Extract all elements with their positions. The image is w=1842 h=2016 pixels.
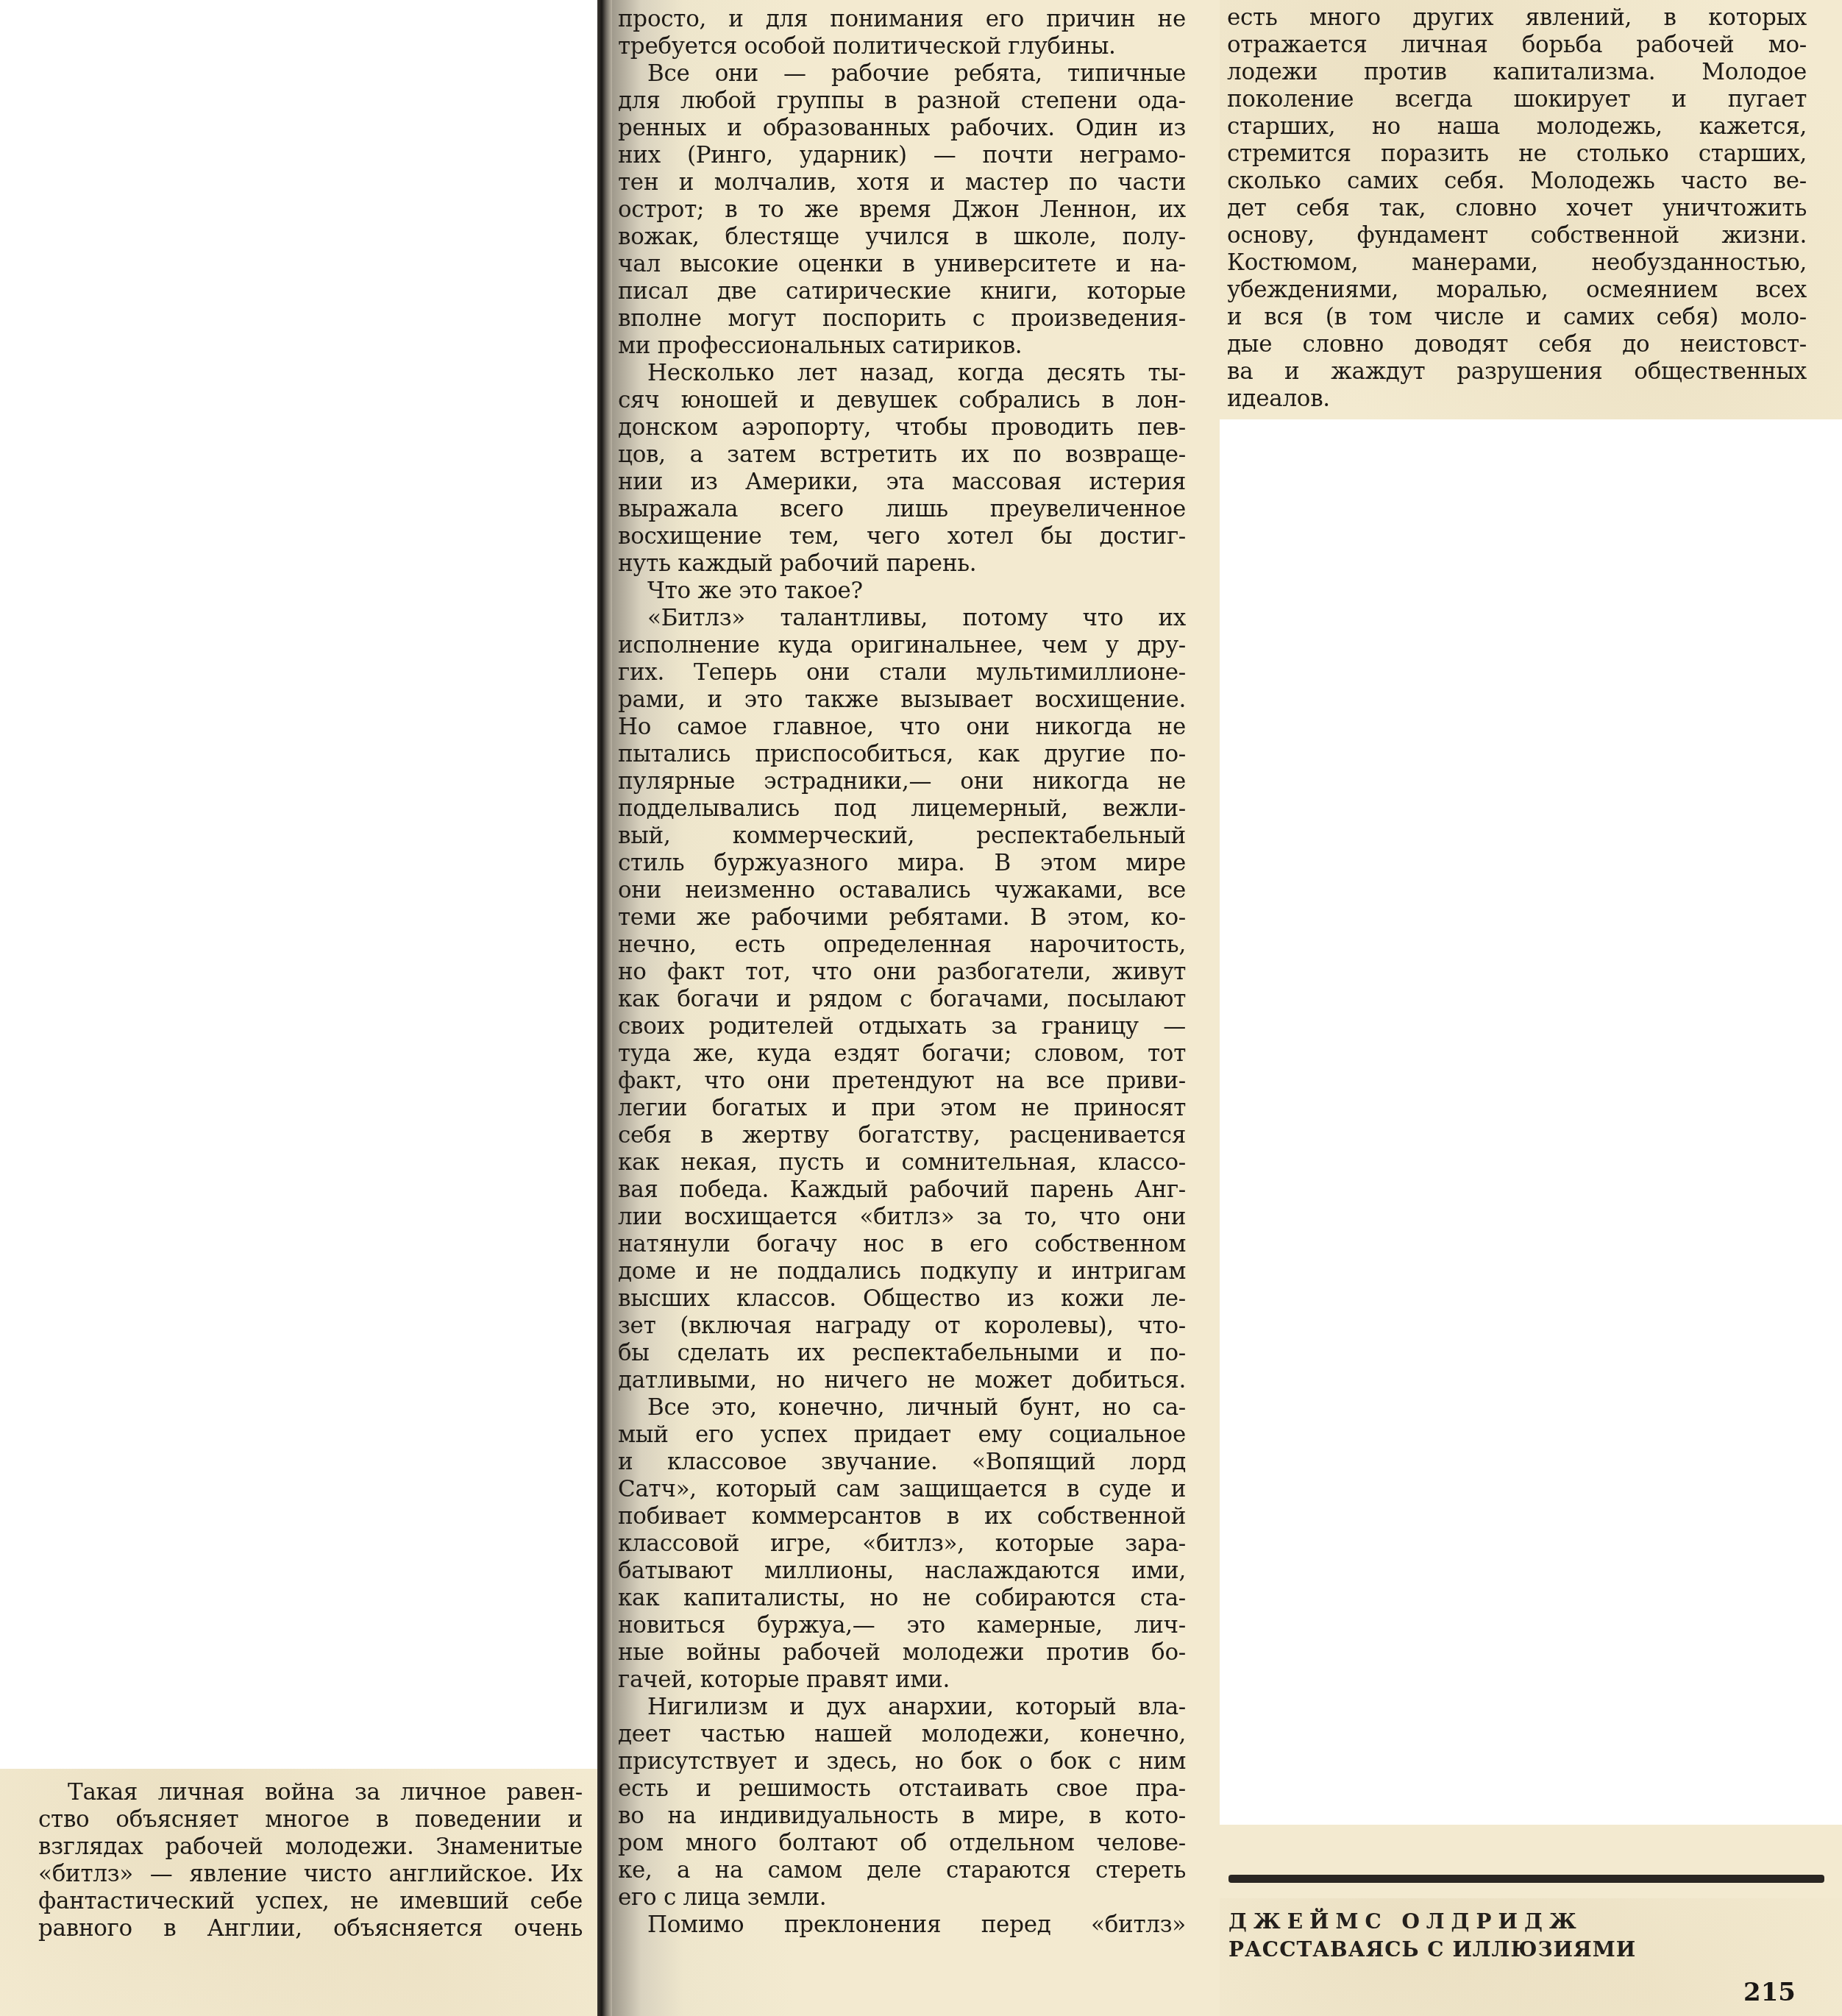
text-line: вожак, блестяще учился в школе, полу- [618, 224, 1186, 251]
text-line: дет себя так, словно хочет уничтожить [1227, 195, 1807, 222]
text-line: лодежи против капитализма. Молодое [1227, 59, 1807, 86]
middle-text-column: просто, и для понимания его причин нетре… [618, 6, 1186, 1939]
text-line: теми же рабочими ребятами. В этом, ко- [618, 904, 1186, 931]
text-line: стремится поразить не столько старших, [1227, 141, 1807, 168]
book-spine-shadow [597, 0, 612, 2016]
running-footer-author: ДЖЕЙМС ОЛДРИДЖ [1228, 1909, 1583, 1934]
text-line: взглядах рабочей молодежи. Знаменитые [38, 1834, 583, 1861]
text-line: доме и не поддались подкупу и интригам [618, 1258, 1186, 1285]
text-line: дые словно доводят себя до неистовст- [1227, 331, 1807, 358]
text-line: Все это, конечно, личный бунт, но са- [618, 1394, 1186, 1422]
text-line: донском аэропорту, чтобы проводить пев- [618, 414, 1186, 441]
text-line: старших, но наша молодежь, кажется, [1227, 113, 1807, 141]
text-line: натянули богачу нос в его собственном [618, 1231, 1186, 1258]
text-line: ром много болтают об отдельном челове- [618, 1830, 1186, 1857]
text-line: побивает коммерсантов в их собственной [618, 1503, 1186, 1530]
text-line: основу, фундамент собственной жизни. [1227, 222, 1807, 249]
text-line: поколение всегда шокирует и пугает [1227, 86, 1807, 113]
text-line: батывают миллионы, наслаждаются ими, [618, 1558, 1186, 1585]
text-line: ми профессиональных сатириков. [618, 333, 1186, 360]
text-line: и классовое звучание. «Вопящий лорд [618, 1449, 1186, 1476]
text-line: ренных и образованных рабочих. Один из [618, 115, 1186, 142]
text-line: них (Ринго, ударник) — почти неграмо- [618, 142, 1186, 169]
text-line: гих. Теперь они стали мультимиллионе- [618, 659, 1186, 686]
text-line: идеалов. [1227, 386, 1807, 413]
text-line: «битлз» — явление чисто английское. Их [38, 1861, 583, 1888]
section-divider-rule [1228, 1875, 1824, 1883]
text-line: гачей, которые правят ими. [618, 1667, 1186, 1694]
text-line: сяч юношей и девушек собрались в лон- [618, 387, 1186, 414]
text-line: для любой группы в разной степени ода- [618, 88, 1186, 115]
text-line: датливыми, но ничего не может добиться. [618, 1367, 1186, 1394]
text-line: его с лица земли. [618, 1884, 1186, 1912]
text-line: писал две сатирические книги, которые [618, 278, 1186, 305]
text-line: Несколько лет назад, когда десять ты- [618, 360, 1186, 387]
text-line: легии богатых и при этом не приносят [618, 1095, 1186, 1122]
text-line: вая победа. Каждый рабочий парень Анг- [618, 1176, 1186, 1204]
text-line: пулярные эстрадники,— они никогда не [618, 768, 1186, 795]
text-line: классовой игре, «битлз», которые зара- [618, 1530, 1186, 1558]
text-line: выражала всего лишь преувеличенное [618, 496, 1186, 523]
text-line: себя в жертву богатству, расценивается [618, 1122, 1186, 1149]
text-line: как богачи и рядом с богачами, посылают [618, 986, 1186, 1013]
text-line: Что же это такое? [618, 578, 1186, 605]
left-text-column: Такая личная война за личное равен-ство … [38, 1779, 583, 1942]
text-line: просто, и для понимания его причин не [618, 6, 1186, 33]
text-line: Помимо преклонения перед «битлз» [618, 1912, 1186, 1939]
text-line: убеждениями, моралью, осмеянием всех [1227, 277, 1807, 304]
text-line: они неизменно оставались чужаками, все [618, 877, 1186, 904]
text-line: ство объясняет многое в поведении и [38, 1806, 583, 1834]
text-line: есть и решимость отстаивать свое пра- [618, 1775, 1186, 1803]
text-line: подделывались под лицемерный, вежли- [618, 795, 1186, 823]
text-line: острот; в то же время Джон Леннон, их [618, 196, 1186, 224]
text-line: во на индивидуальность в мире, в кото- [618, 1803, 1186, 1830]
page-number: 215 [1743, 1978, 1796, 2007]
text-line: высших классов. Общество из кожи ле- [618, 1285, 1186, 1313]
text-line: вполне могут поспорить с произведения- [618, 305, 1186, 333]
text-line: Нигилизм и дух анархии, который вла- [618, 1694, 1186, 1721]
text-line: новиться буржуа,— это камерные, лич- [618, 1612, 1186, 1639]
text-line: мый его успех придает ему социальное [618, 1422, 1186, 1449]
text-line: зет (включая награду от королевы), что- [618, 1313, 1186, 1340]
text-line: ке, а на самом деле стараются стереть [618, 1857, 1186, 1884]
text-line: есть много других явлений, в которых [1227, 4, 1807, 32]
text-line: пытались приспособиться, как другие по- [618, 741, 1186, 768]
running-footer-book-title: РАССТАВАЯСЬ С ИЛЛЮЗИЯМИ [1228, 1937, 1636, 1962]
text-line: бы сделать их респектабельными и по- [618, 1340, 1186, 1367]
text-line: восхищение тем, чего хотел бы достиг- [618, 523, 1186, 550]
text-line: вый, коммерческий, респектабельный [618, 823, 1186, 850]
text-line: исполнение куда оригинальнее, чем у дру- [618, 632, 1186, 659]
text-line: стиль буржуазного мира. В этом мире [618, 850, 1186, 877]
text-line: Но самое главное, что они никогда не [618, 714, 1186, 741]
text-line: деет частью нашей молодежи, конечно, [618, 1721, 1186, 1748]
right-page-footer-area [1206, 1825, 1842, 1898]
text-line: Все они — рабочие ребята, типичные [618, 60, 1186, 88]
text-line: но факт тот, что они разбогатели, живут [618, 959, 1186, 986]
text-line: сколько самих себя. Молодежь часто ве- [1227, 168, 1807, 195]
text-line: присутствует и здесь, но бок о бок с ним [618, 1748, 1186, 1775]
text-line: тен и молчалив, хотя и мастер по части [618, 169, 1186, 196]
text-line: и вся (в том числе и самих себя) моло- [1227, 304, 1807, 331]
text-line: «Битлз» талантливы, потому что их [618, 605, 1186, 632]
text-line: равного в Англии, объясняется очень [38, 1915, 583, 1942]
text-line: ные войны рабочей молодежи против бо- [618, 1639, 1186, 1667]
text-line: нечно, есть определенная нарочитость, [618, 931, 1186, 959]
text-line: цов, а затем встретить их по возвраще- [618, 441, 1186, 469]
right-text-column: есть много других явлений, в которыхотра… [1227, 4, 1807, 413]
text-line: чал высокие оценки в университете и на- [618, 251, 1186, 278]
text-line: факт, что они претендуют на все приви- [618, 1068, 1186, 1095]
text-line: нии из Америки, эта массовая истерия [618, 469, 1186, 496]
text-line: своих родителей отдыхать за границу — [618, 1013, 1186, 1040]
text-line: ва и жаждут разрушения общественных [1227, 358, 1807, 386]
text-line: нуть каждый рабочий парень. [618, 550, 1186, 578]
text-line: лии восхищается «битлз» за то, что они [618, 1204, 1186, 1231]
text-line: как капиталисты, но не собираются ста- [618, 1585, 1186, 1612]
text-line: Костюмом, манерами, необузданностью, [1227, 249, 1807, 277]
text-line: Такая личная война за личное равен- [38, 1779, 583, 1806]
text-line: фантастический успех, не имевший себе [38, 1888, 583, 1915]
text-line: Сатч», который сам защищается в суде и [618, 1476, 1186, 1503]
text-line: отражается личная борьба рабочей мо- [1227, 32, 1807, 59]
text-line: туда же, куда ездят богачи; словом, тот [618, 1040, 1186, 1068]
text-line: требуется особой политической глубины. [618, 33, 1186, 60]
text-line: рами, и это также вызывает восхищение. [618, 686, 1186, 714]
text-line: как некая, пусть и сомнительная, классо- [618, 1149, 1186, 1176]
